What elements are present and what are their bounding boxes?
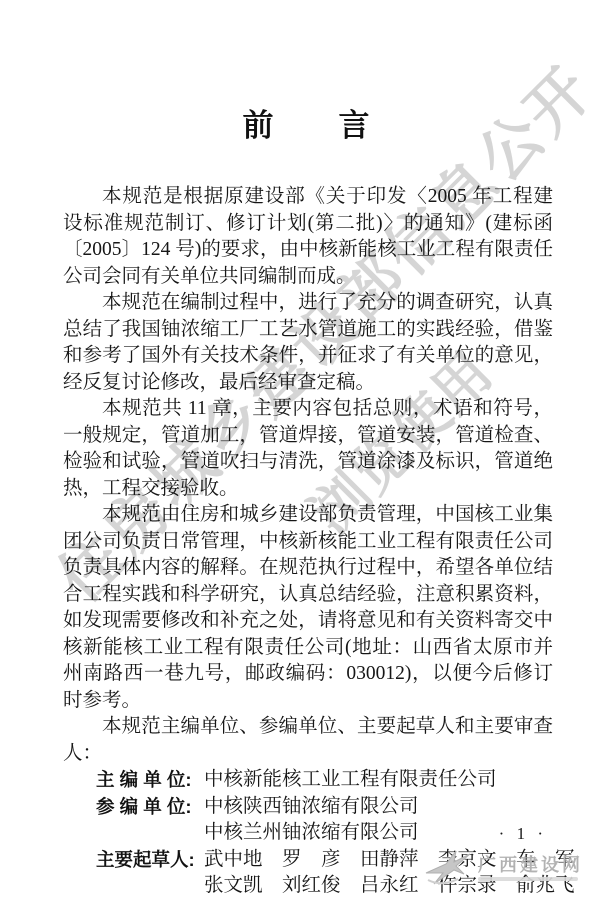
foreword-paragraph-2: 本规范在编制过程中，进行了充分的调查研究，认真总结了我国铀浓缩工厂工艺水管道施工… — [63, 290, 553, 396]
logo-text-block: 广西建设网 — [478, 850, 583, 881]
foreword-body: 本规范是根据原建设部《关于印发〈2005 年工程建设标准规范制订、修订计划(第二… — [63, 184, 553, 897]
site-logo: 广西建设网 — [422, 850, 583, 893]
foreword-paragraph-4: 本规范由住房和城乡建设部负责管理，中国核工业集团公司负责日常管理，中核新核能工业… — [63, 502, 553, 714]
credit-row-co-editor-cont: 中核兰州铀浓缩有限公司 — [63, 820, 553, 847]
page-number: · 1 · — [499, 824, 547, 844]
logo-text: 广西建设网 — [478, 856, 583, 874]
credit-label — [96, 820, 204, 847]
credit-label — [96, 873, 204, 897]
credit-label: 参 编 单 位: — [96, 794, 204, 821]
credit-row-chief-editor: 主 编 单 位: 中核新能核工业工程有限责任公司 — [63, 767, 553, 794]
foreword-paragraph-3: 本规范共 11 章，主要内容包括总则，术语和符号，一般规定，管道加工，管道焊接，… — [63, 396, 553, 502]
credit-label: 主要起草人: — [96, 847, 204, 874]
document-page: 住房城乡建设部信息公开 浏览使用 前 言 本规范是根据原建设部《关于印发〈200… — [0, 0, 613, 897]
credit-value: 中核新能核工业工程有限责任公司 — [204, 767, 497, 794]
page-content: 前 言 本规范是根据原建设部《关于印发〈2005 年工程建设标准规范制订、修订计… — [0, 0, 613, 897]
credit-value: 中核陕西铀浓缩有限公司 — [204, 794, 419, 821]
logo-tagline — [478, 877, 578, 881]
star-logo-icon — [422, 850, 474, 893]
credit-row-co-editor: 参 编 单 位: 中核陕西铀浓缩有限公司 — [63, 794, 553, 821]
credit-label: 主 编 单 位: — [96, 767, 204, 794]
credit-value: 中核兰州铀浓缩有限公司 — [204, 820, 419, 847]
foreword-paragraph-5: 本规范主编单位、参编单位、主要起草人和主要审查人： — [63, 714, 553, 767]
page-title: 前 言 — [0, 100, 613, 145]
foreword-paragraph-1: 本规范是根据原建设部《关于印发〈2005 年工程建设标准规范制订、修订计划(第二… — [63, 184, 553, 290]
